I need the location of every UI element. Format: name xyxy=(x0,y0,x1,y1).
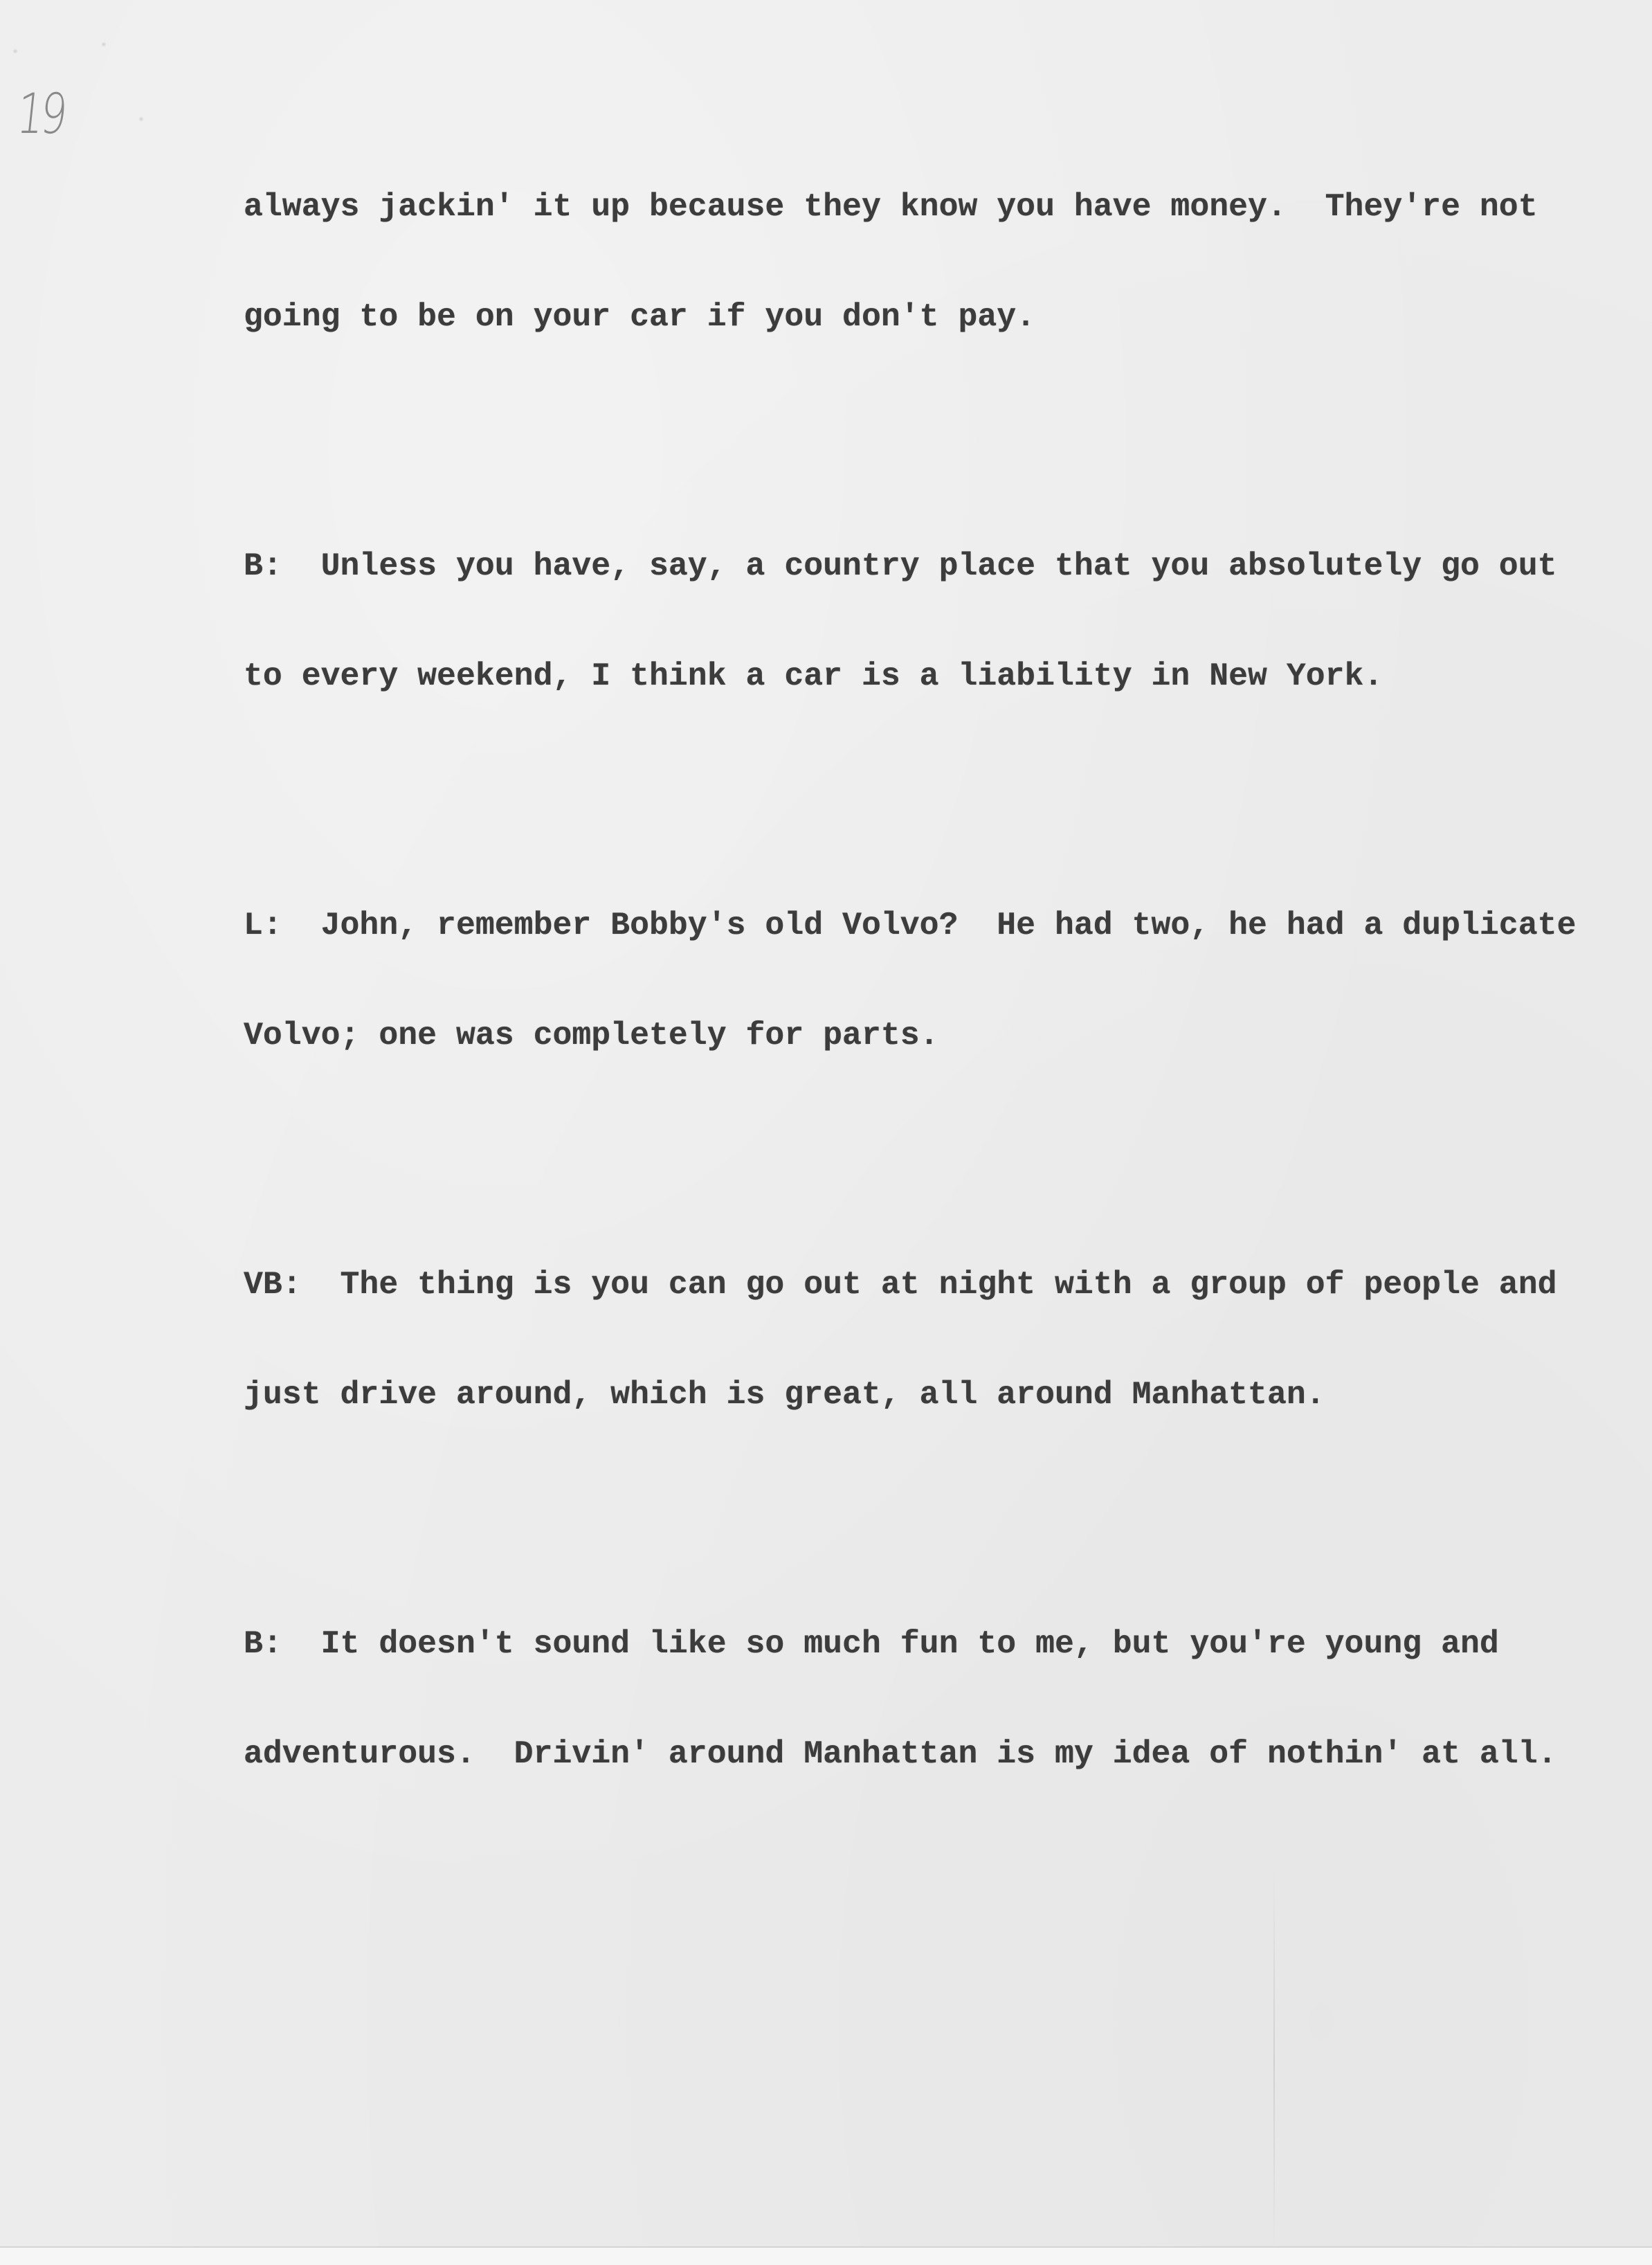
paragraph-continuation: always jackin' it up because they know y… xyxy=(244,115,1559,408)
text-line: going to be on your car if you don't pay… xyxy=(244,298,1559,335)
text-line: VB: The thing is you can go out at night… xyxy=(244,1266,1559,1303)
text-line: just drive around, which is great, all a… xyxy=(244,1376,1559,1413)
text-line: B: It doesn't sound like so much fun to … xyxy=(244,1625,1559,1662)
text-line: to every weekend, I think a car is a lia… xyxy=(244,658,1559,694)
paper-blemish xyxy=(101,42,107,47)
document-page: 19 always jackin' it up because they kno… xyxy=(0,0,1652,2246)
transcript-body: always jackin' it up because they know y… xyxy=(244,115,1559,1911)
paragraph-speaker-b: B: Unless you have, say, a country place… xyxy=(244,474,1559,768)
text-line: always jackin' it up because they know y… xyxy=(244,188,1559,225)
text-line: adventurous. Drivin' around Manhattan is… xyxy=(244,1735,1559,1772)
text-line: Volvo; one was completely for parts. xyxy=(244,1017,1559,1054)
paper-blemish xyxy=(12,48,18,54)
text-line: B: Unless you have, say, a country place… xyxy=(244,548,1559,584)
text-line: L: John, remember Bobby's old Volvo? He … xyxy=(244,907,1559,944)
paragraph-speaker-vb: VB: The thing is you can go out at night… xyxy=(244,1193,1559,1486)
handwritten-page-number: 19 xyxy=(14,82,67,146)
paragraph-speaker-l: L: John, remember Bobby's old Volvo? He … xyxy=(244,833,1559,1127)
paper-blemish xyxy=(138,116,144,122)
paragraph-speaker-b: B: It doesn't sound like so much fun to … xyxy=(244,1552,1559,1846)
paper-crease xyxy=(1273,1869,1275,2257)
scan-bottom-edge xyxy=(0,2246,1652,2265)
